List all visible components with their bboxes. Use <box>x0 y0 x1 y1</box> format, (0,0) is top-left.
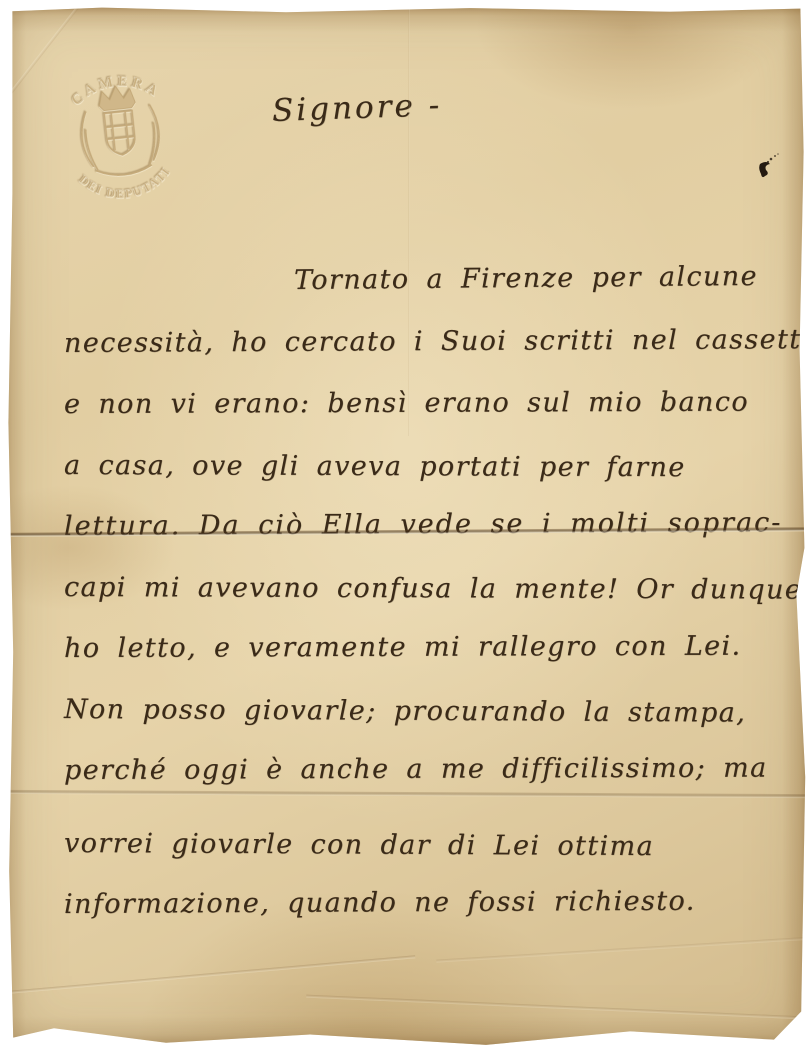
letter-line-3: e non vi erano: bensì erano sul mio banc… <box>64 372 780 435</box>
ink-blot-mark <box>748 148 782 186</box>
letter-line-6: capi mi avevano confusa la mente! Or dun… <box>64 557 780 620</box>
letter-body: Tornato a Firenze per alcunenecessità, h… <box>64 252 780 935</box>
letter-scan: CAMERA DEI DEPUTATI Signore - <box>0 0 812 1054</box>
letter-line-10: vorrei giovarle con dar di Lei ottima <box>64 813 780 878</box>
letter-line-11: informazione, quando ne fossi richiesto. <box>64 870 780 935</box>
letter-line-1: Tornato a Firenze per alcune <box>64 246 781 313</box>
camera-dei-deputati-embossed-seal: CAMERA DEI DEPUTATI <box>36 39 205 222</box>
letter-line-9: perché oggi è anche a me difficilissimo;… <box>64 738 780 801</box>
salutation: Signore - <box>271 87 442 129</box>
crease-bottom-right <box>306 995 812 1021</box>
letter-line-5: lettura. Da ciò Ella vede se i molti sop… <box>64 492 780 557</box>
letter-paper: CAMERA DEI DEPUTATI Signore - <box>6 6 806 1048</box>
letter-line-4: a casa, ove gli aveva portati per farne <box>64 435 780 498</box>
crease-bottom-mid <box>436 936 812 962</box>
letter-line-2: necessità, ho cercato i Suoi scritti nel… <box>64 309 780 374</box>
letter-line-7: ho letto, e veramente mi rallegro con Le… <box>64 616 780 679</box>
letter-line-8: Non posso giovarle; procurando la stampa… <box>64 679 780 744</box>
seal-bottom-text: DEI DEPUTATI <box>75 163 175 206</box>
crease-bottom-left <box>0 955 415 995</box>
